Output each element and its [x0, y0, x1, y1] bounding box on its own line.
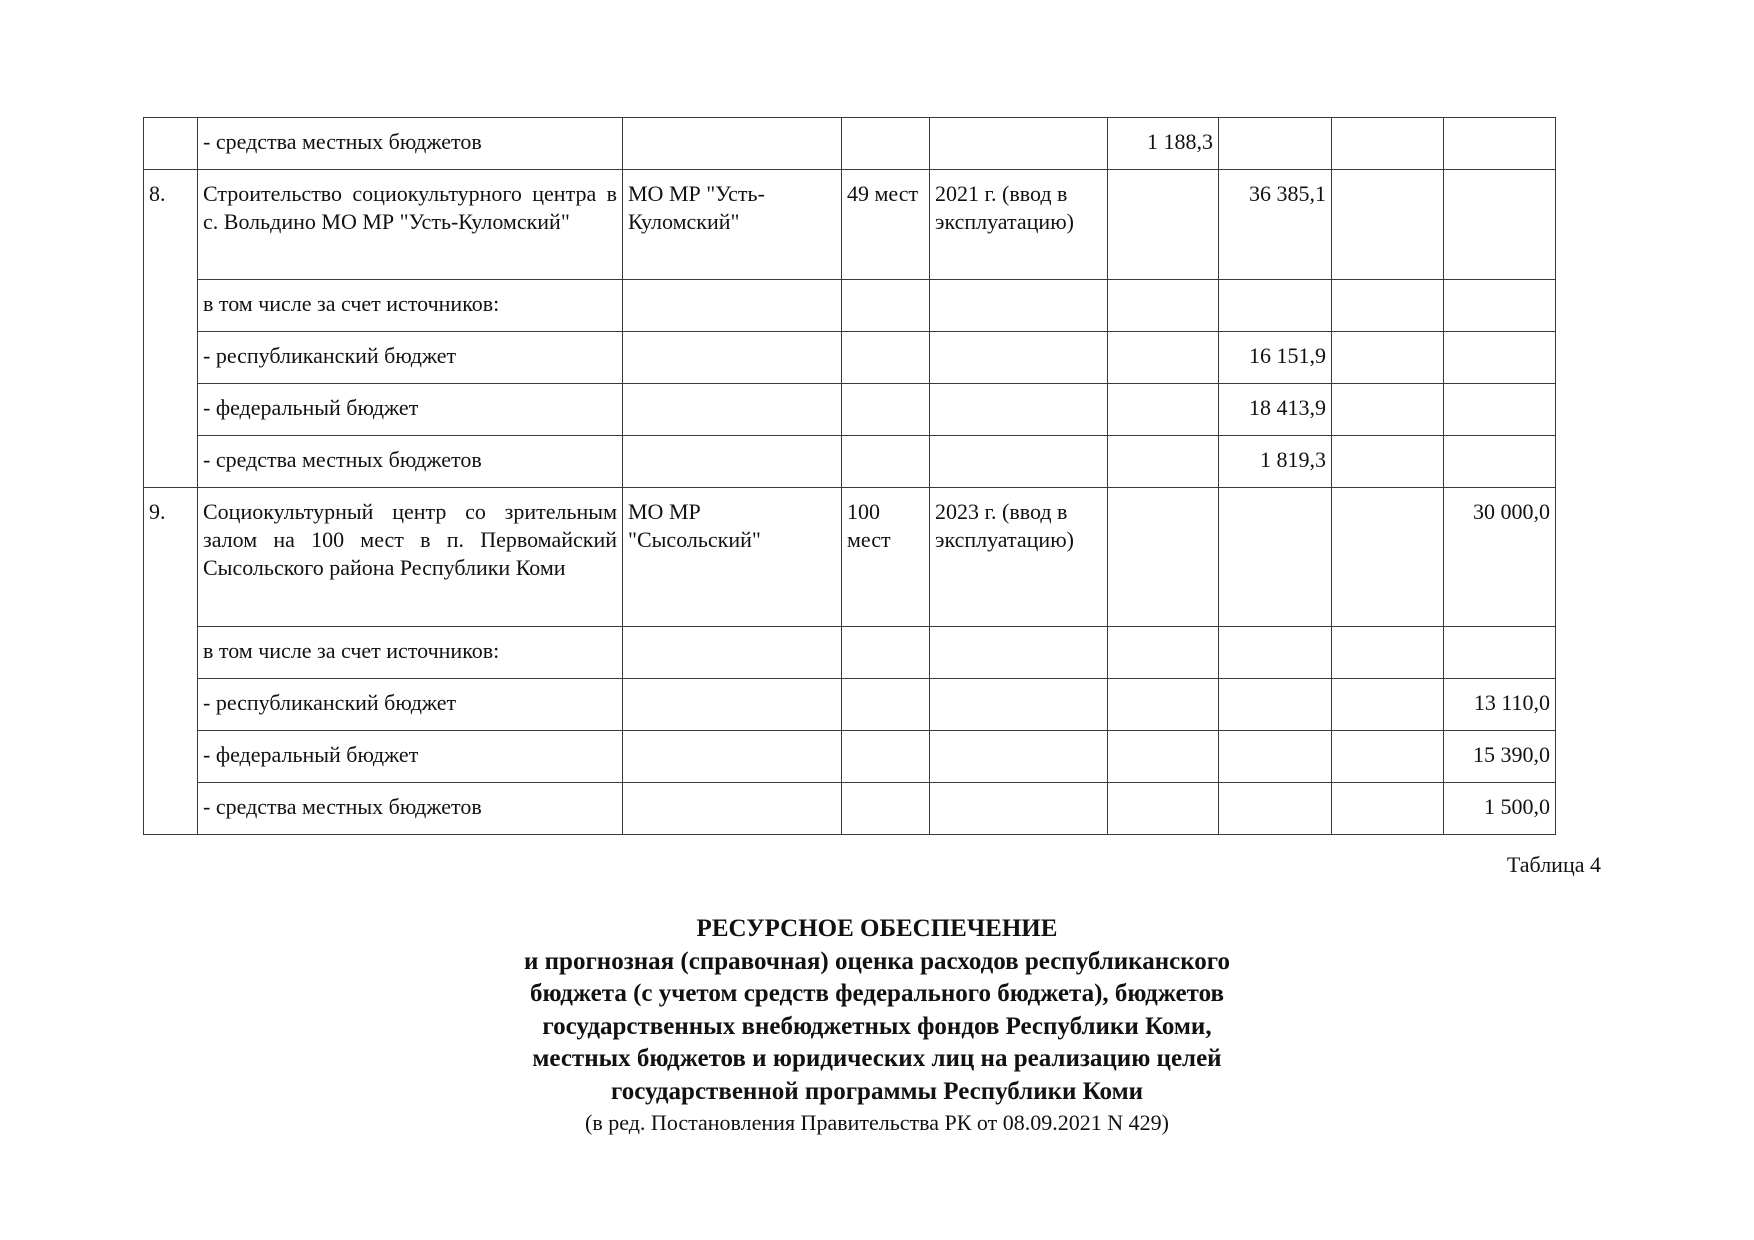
capacity-cell — [842, 436, 930, 488]
heading-title: РЕСУРСНОЕ ОБЕСПЕЧЕНИЕ — [0, 913, 1754, 946]
value-cell-4 — [1444, 280, 1556, 332]
value-cell-4 — [1444, 170, 1556, 280]
value-cell-1 — [1108, 679, 1219, 731]
value-cell-3 — [1332, 731, 1444, 783]
value-cell-1 — [1108, 384, 1219, 436]
value-cell-4: 1 500,0 — [1444, 783, 1556, 835]
value-cell-2 — [1219, 679, 1332, 731]
value-cell-4 — [1444, 384, 1556, 436]
value-cell-3 — [1332, 488, 1444, 627]
table-row: - средства местных бюджетов 1 819,3 — [144, 436, 1556, 488]
value-cell-4 — [1444, 118, 1556, 170]
capacity-cell — [842, 332, 930, 384]
row-number-cell: 9. — [144, 488, 198, 835]
value-cell-1: 1 188,3 — [1108, 118, 1219, 170]
year-cell: 2021 г. (ввод в эксплуатацию) — [930, 170, 1108, 280]
value-cell-1 — [1108, 783, 1219, 835]
table-row: - средства местных бюджетов 1 500,0 — [144, 783, 1556, 835]
year-cell — [930, 384, 1108, 436]
municipality-cell — [623, 783, 842, 835]
year-cell — [930, 436, 1108, 488]
year-cell — [930, 332, 1108, 384]
municipality-cell — [623, 332, 842, 384]
value-cell-1 — [1108, 436, 1219, 488]
row-name-cell: - средства местных бюджетов — [198, 783, 623, 835]
table-row: - средства местных бюджетов 1 188,3 — [144, 118, 1556, 170]
value-cell-1 — [1108, 488, 1219, 627]
capacity-cell — [842, 118, 930, 170]
year-cell — [930, 627, 1108, 679]
row-name-cell: Строительство социокультурного центра в … — [198, 170, 623, 280]
value-cell-1 — [1108, 731, 1219, 783]
row-name-cell: Социокультурный центр со зрительным зало… — [198, 488, 623, 627]
capacity-cell: 100 мест — [842, 488, 930, 627]
heading-line: государственной программы Республики Ком… — [0, 1076, 1754, 1109]
municipality-cell — [623, 679, 842, 731]
capacity-cell — [842, 783, 930, 835]
value-cell-3 — [1332, 627, 1444, 679]
year-cell — [930, 280, 1108, 332]
value-cell-2 — [1219, 627, 1332, 679]
year-cell — [930, 731, 1108, 783]
value-cell-1 — [1108, 280, 1219, 332]
table-row: - республиканский бюджет 16 151,9 — [144, 332, 1556, 384]
value-cell-4 — [1444, 332, 1556, 384]
value-cell-4: 13 110,0 — [1444, 679, 1556, 731]
table-row: в том числе за счет источников: — [144, 627, 1556, 679]
value-cell-3 — [1332, 384, 1444, 436]
year-cell — [930, 783, 1108, 835]
table-row: в том числе за счет источников: — [144, 280, 1556, 332]
municipality-cell: МО МР "Усть-Куломский" — [623, 170, 842, 280]
value-cell-2 — [1219, 118, 1332, 170]
municipality-cell — [623, 436, 842, 488]
table-row: - федеральный бюджет 18 413,9 — [144, 384, 1556, 436]
value-cell-3 — [1332, 332, 1444, 384]
budget-table: - средства местных бюджетов 1 188,3 8. С… — [143, 117, 1556, 835]
value-cell-2 — [1219, 731, 1332, 783]
value-cell-3 — [1332, 280, 1444, 332]
value-cell-2: 36 385,1 — [1219, 170, 1332, 280]
heading-line: государственных внебюджетных фондов Респ… — [0, 1011, 1754, 1044]
table-row: - республиканский бюджет 13 110,0 — [144, 679, 1556, 731]
value-cell-3 — [1332, 436, 1444, 488]
value-cell-3 — [1332, 783, 1444, 835]
municipality-cell: МО МР "Сысольский" — [623, 488, 842, 627]
year-cell — [930, 118, 1108, 170]
value-cell-2 — [1219, 783, 1332, 835]
value-cell-2 — [1219, 280, 1332, 332]
municipality-cell — [623, 627, 842, 679]
capacity-cell — [842, 679, 930, 731]
value-cell-4: 15 390,0 — [1444, 731, 1556, 783]
municipality-cell — [623, 731, 842, 783]
value-cell-2 — [1219, 488, 1332, 627]
value-cell-2: 1 819,3 — [1219, 436, 1332, 488]
value-cell-1 — [1108, 170, 1219, 280]
value-cell-2: 16 151,9 — [1219, 332, 1332, 384]
table-caption: Таблица 4 — [1507, 852, 1601, 878]
row-name-cell: в том числе за счет источников: — [198, 627, 623, 679]
value-cell-3 — [1332, 118, 1444, 170]
row-name-cell: - федеральный бюджет — [198, 384, 623, 436]
row-number-cell — [144, 118, 198, 170]
value-cell-4 — [1444, 436, 1556, 488]
value-cell-1 — [1108, 332, 1219, 384]
capacity-cell — [842, 280, 930, 332]
capacity-cell: 49 мест — [842, 170, 930, 280]
value-cell-3 — [1332, 679, 1444, 731]
row-name-cell: - федеральный бюджет — [198, 731, 623, 783]
row-number-cell: 8. — [144, 170, 198, 488]
value-cell-2: 18 413,9 — [1219, 384, 1332, 436]
municipality-cell — [623, 118, 842, 170]
table-row: 9. Социокультурный центр со зрительным з… — [144, 488, 1556, 627]
capacity-cell — [842, 384, 930, 436]
row-name-cell: в том числе за счет источников: — [198, 280, 623, 332]
heading-line: бюджета (с учетом средств федерального б… — [0, 978, 1754, 1011]
row-name-cell: - средства местных бюджетов — [198, 118, 623, 170]
heading-subtitle: (в ред. Постановления Правительства РК о… — [0, 1108, 1754, 1138]
capacity-cell — [842, 731, 930, 783]
heading-line: и прогнозная (справочная) оценка расходо… — [0, 946, 1754, 979]
row-name-cell: - республиканский бюджет — [198, 332, 623, 384]
value-cell-4: 30 000,0 — [1444, 488, 1556, 627]
heading-line: местных бюджетов и юридических лиц на ре… — [0, 1043, 1754, 1076]
capacity-cell — [842, 627, 930, 679]
year-cell: 2023 г. (ввод в эксплуатацию) — [930, 488, 1108, 627]
value-cell-3 — [1332, 170, 1444, 280]
year-cell — [930, 679, 1108, 731]
table-row: 8. Строительство социокультурного центра… — [144, 170, 1556, 280]
section-heading: РЕСУРСНОЕ ОБЕСПЕЧЕНИЕ и прогнозная (спра… — [0, 913, 1754, 1138]
value-cell-1 — [1108, 627, 1219, 679]
table-row: - федеральный бюджет 15 390,0 — [144, 731, 1556, 783]
row-name-cell: - республиканский бюджет — [198, 679, 623, 731]
municipality-cell — [623, 280, 842, 332]
municipality-cell — [623, 384, 842, 436]
row-name-cell: - средства местных бюджетов — [198, 436, 623, 488]
value-cell-4 — [1444, 627, 1556, 679]
